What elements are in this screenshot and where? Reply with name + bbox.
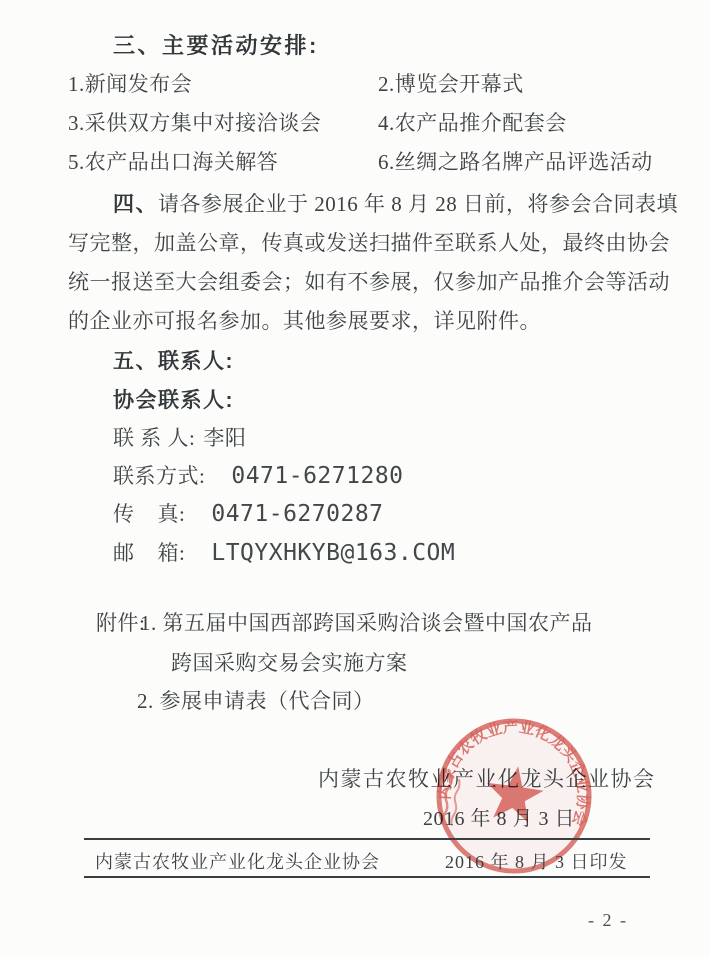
contact-email-label: 邮 箱: xyxy=(113,540,185,566)
document-page: 三、主要活动安排: 1.新闻发布会 2.博览会开幕式 3.采供双方集中对接洽谈会… xyxy=(0,0,710,957)
section4-line2: 写完整，加盖公章，传真或发送扫描件至联系人处，最终由协会 xyxy=(68,230,670,256)
attachment-2: 2. 参展申请表（代合同） xyxy=(137,688,375,714)
page-number: - 2 - xyxy=(588,910,628,931)
section4-line1: 四、请各参展企业于 2016 年 8 月 28 日前，将参会合同表填 xyxy=(113,191,678,218)
section4-line3: 统一报送至大会组委会；如有不参展，仅参加产品推介会等活动 xyxy=(68,269,670,295)
section4-line4: 的企业亦可报名参加。其他参展要求，详见附件。 xyxy=(68,308,541,334)
attachment-1-line2: 跨国采购交易会实施方案 xyxy=(171,650,408,676)
contact-phone-label: 联系方式: xyxy=(113,463,205,489)
contact-fax-label: 传 真: xyxy=(113,501,185,527)
attachment-1-line1: 1. 第五届中国西部跨国采购洽谈会暨中国农产品 xyxy=(140,610,593,636)
contact-person-label: 联 系 人: xyxy=(113,425,195,451)
activity-item-3: 3.采供双方集中对接洽谈会 xyxy=(68,110,321,136)
attachments-label: 附件: xyxy=(96,610,145,636)
contact-person-row: 联 系 人:李阳 xyxy=(113,425,246,451)
section4-line1-text: 请各参展企业于 2016 年 8 月 28 日前，将参会合同表填 xyxy=(158,192,678,216)
contact-email-row: 邮 箱:LTQYXHKYB@163.COM xyxy=(113,540,455,566)
contacts-subheading: 协会联系人: xyxy=(113,388,234,414)
section3-heading: 三、主要活动安排: xyxy=(113,33,319,59)
footer-org: 内蒙古农牧业产业化龙头企业协会 xyxy=(95,849,380,875)
activity-item-4: 4.农产品推介配套会 xyxy=(378,110,567,136)
contact-phone-value: 0471-6271280 xyxy=(231,463,403,489)
footer-issue-date: 2016 年 8 月 3 日印发 xyxy=(445,849,628,875)
activity-item-2: 2.博览会开幕式 xyxy=(378,71,524,97)
contact-person-value: 李阳 xyxy=(203,426,246,450)
activity-item-6: 6.丝绸之路名牌产品评选活动 xyxy=(378,149,653,175)
activity-item-1: 1.新闻发布会 xyxy=(68,71,192,97)
section5-heading: 五、联系人: xyxy=(113,349,234,375)
contact-phone-row: 联系方式:0471-6271280 xyxy=(113,463,404,489)
section4-lead: 四、 xyxy=(113,193,158,216)
footer-rule-top xyxy=(84,838,650,840)
contact-fax-value: 0471-6270287 xyxy=(211,501,383,527)
contact-fax-row: 传 真:0471-6270287 xyxy=(113,501,384,527)
activity-item-5: 5.农产品出口海关解答 xyxy=(68,149,278,175)
footer-rule-bottom xyxy=(84,876,650,878)
contact-email-value: LTQYXHKYB@163.COM xyxy=(211,540,455,566)
